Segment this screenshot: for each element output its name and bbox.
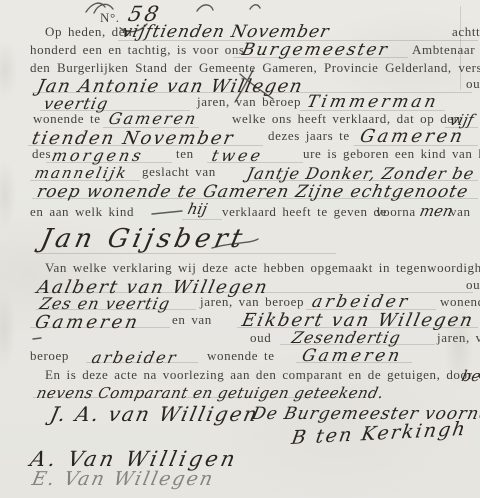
- printed-template-text: oud: [466, 76, 480, 92]
- printed-template-text: welke ons heeft verklaard, dat op den: [232, 111, 461, 127]
- printed-template-text: honderd een en tachtig, is voor ons: [30, 42, 245, 58]
- field-deed-date: vijftienden November: [120, 22, 331, 42]
- printed-template-text: wonende te: [207, 348, 275, 364]
- printed-template-text: verklaard heeft te geven de: [222, 204, 387, 220]
- printed-template-text: jaren, van beroep: [197, 94, 301, 110]
- field-mother-name: Jantje Donker, Zonder be: [245, 164, 476, 183]
- field-witness1-occupation: arbeider: [310, 292, 412, 312]
- witness2-signature: E. Van Willegen: [30, 468, 217, 490]
- printed-template-text: voorna: [376, 204, 416, 220]
- field-mother-details: roep wonende te Gameren Zijne echtgenoot…: [35, 182, 470, 202]
- printed-template-text: en van: [172, 312, 212, 328]
- printed-template-text: en aan welk kind: [30, 204, 134, 220]
- printed-template-text: jaren, van: [437, 330, 480, 346]
- field-witness1-age: Zes en veertig: [38, 294, 172, 313]
- printed-template-text: Van welke verklaring wij deze acte hebbe…: [45, 260, 480, 276]
- printed-template-text: oud: [466, 277, 480, 293]
- field-declarant-residence: Gameren: [107, 109, 199, 128]
- printed-template-text: jaren, van beroep: [200, 294, 304, 310]
- printed-template-text: oud: [250, 330, 271, 346]
- printed-template-text: En is deze acte na voorlezing aan den co…: [45, 367, 480, 383]
- field-birth-daypart: morgens: [50, 146, 146, 165]
- printed-template-text: van: [450, 204, 471, 220]
- printed-template-text: dezes jaars te: [268, 128, 350, 144]
- document-line: roep wonende te Gameren Zijne echtgenoot…: [0, 182, 480, 204]
- field-pronoun: hij: [186, 200, 209, 218]
- printed-template-text: ure is geboren een kind van het: [303, 146, 480, 162]
- field-declarant-occupation: Timmerman: [305, 92, 441, 112]
- document-line: Jan Gijsbert: [0, 224, 480, 262]
- field-official-title: Burgemeester: [240, 40, 391, 60]
- printed-template-text: geslacht van: [142, 164, 216, 180]
- signature-row: E. Van Willegen: [0, 468, 480, 494]
- printed-template-text: den Burgerlijken Stand der Gemeente Game…: [30, 60, 480, 76]
- field-witness2-occupation: arbeider: [90, 348, 179, 367]
- field-witness2-age: Zesendertig: [290, 328, 403, 347]
- document-scan: N°. 58 Op heden, den vijftienden Novembe…: [0, 0, 480, 498]
- field-birth-place: Gameren: [358, 126, 467, 147]
- field-child-gender: mannelijk: [33, 164, 130, 182]
- printed-template-text: Ambtenaar van: [412, 42, 480, 58]
- printed-template-text: beroep: [30, 348, 69, 364]
- document-line: en aan welk kind hij verklaard heeft te …: [0, 204, 480, 226]
- printed-template-text: ten: [176, 146, 194, 162]
- printed-template-text: Op heden, den: [45, 24, 132, 40]
- declarant-signature: J. A. van Willigen: [48, 402, 261, 426]
- field-closing-part2: nevens Comparant en getuigen geteekend.: [35, 384, 386, 402]
- field-child-name: Jan Gijsbert: [38, 224, 249, 254]
- printed-template-text: achttien: [452, 24, 480, 40]
- field-closing-part1: be: [460, 367, 480, 385]
- field-birth-hour: twee: [210, 146, 265, 165]
- printed-template-text: wonende te: [440, 294, 480, 310]
- printed-template-text: des: [32, 146, 51, 162]
- field-witness2-residence: Gameren: [300, 346, 404, 366]
- printed-template-text: wonende te: [33, 111, 101, 127]
